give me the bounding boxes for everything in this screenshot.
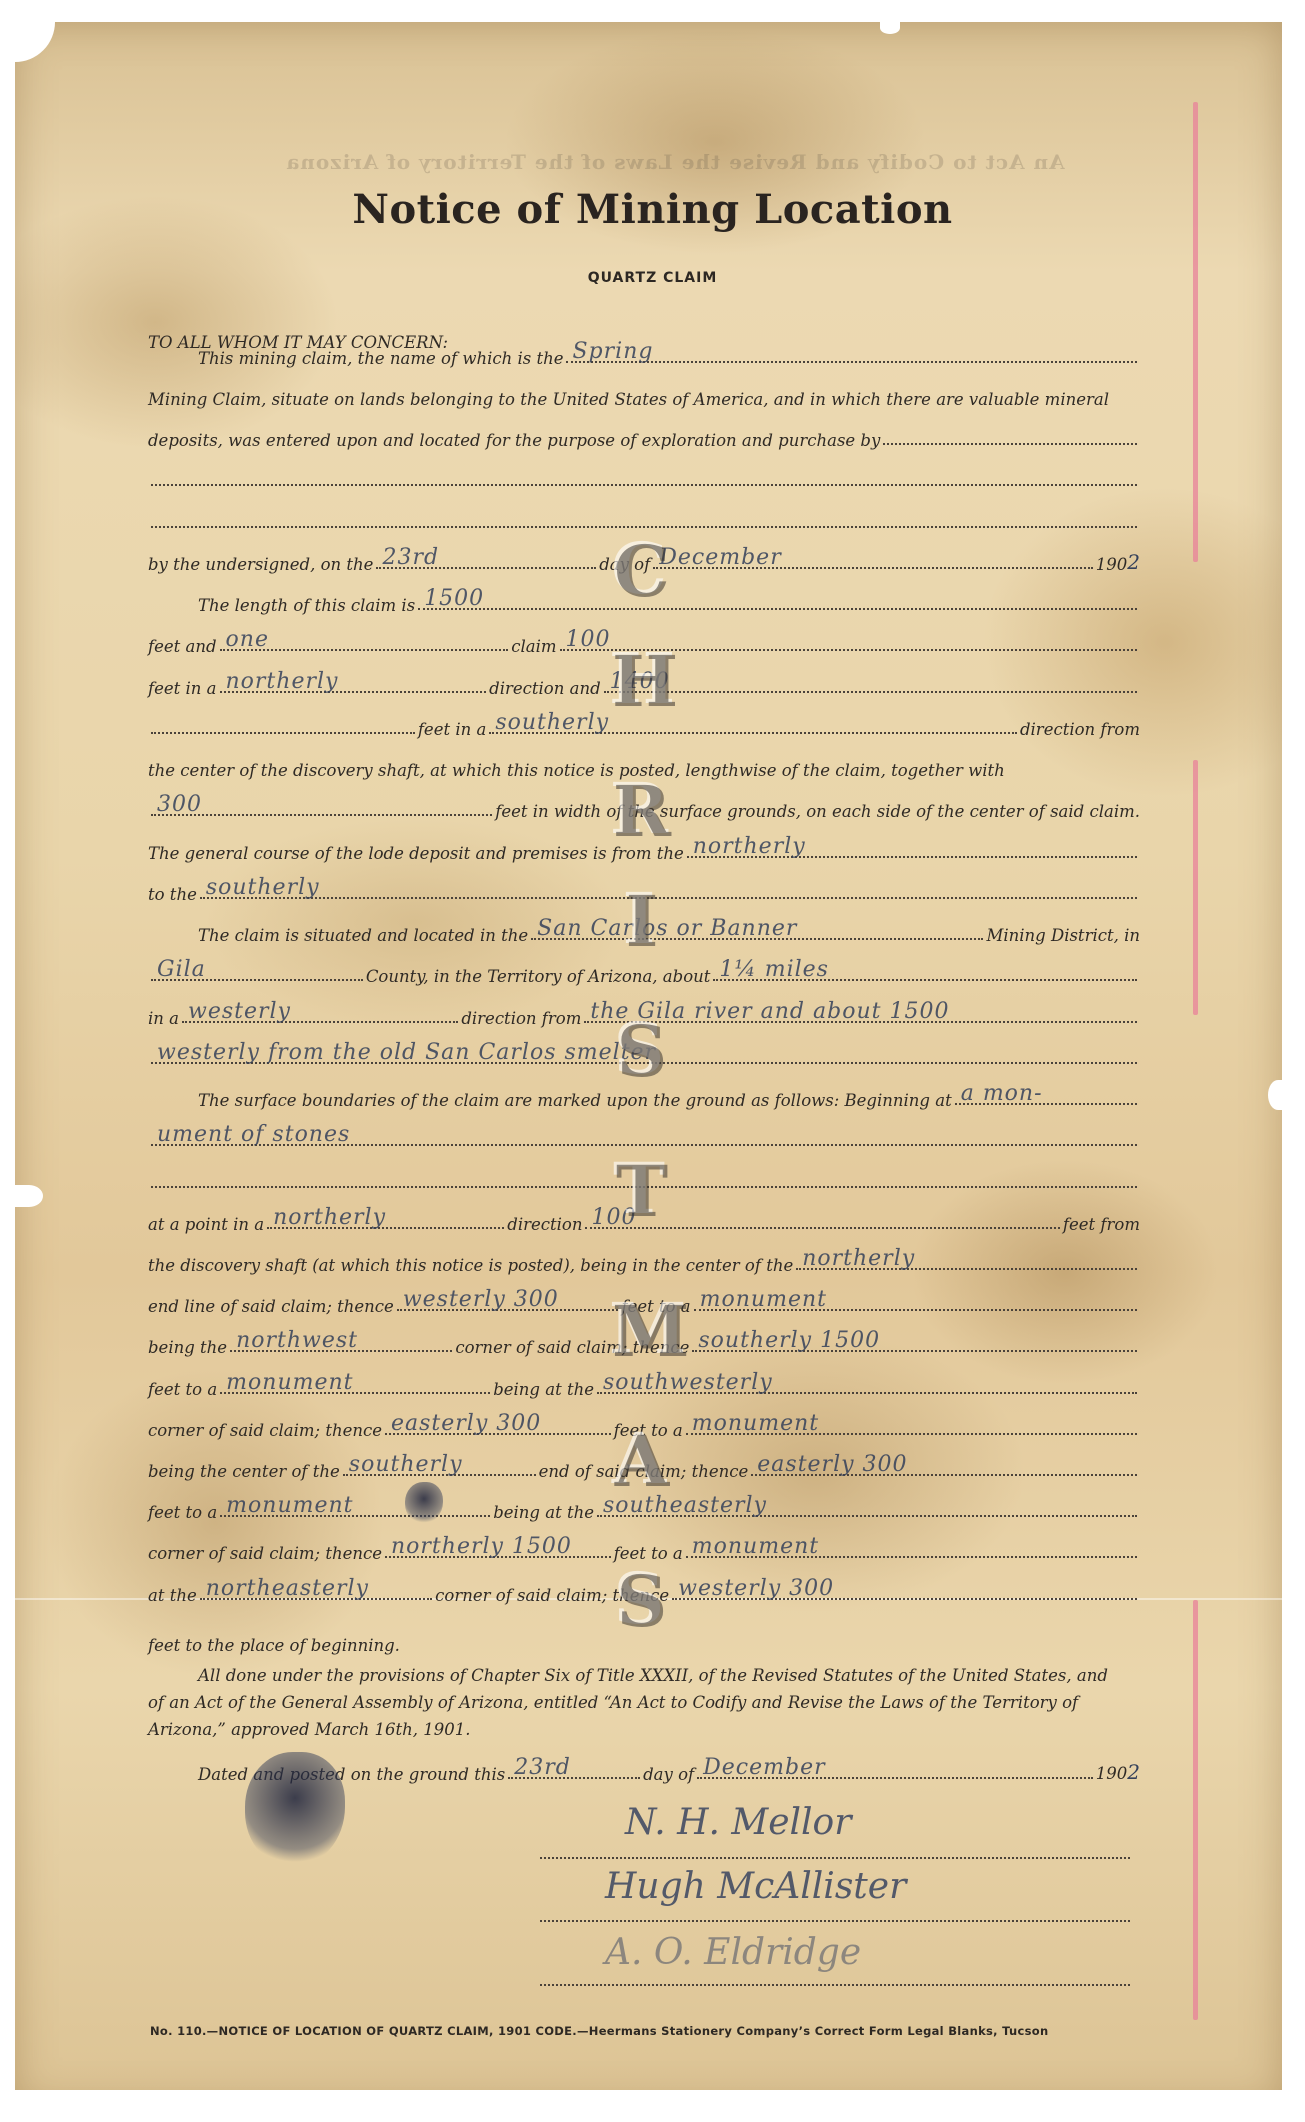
- handwritten-field[interactable]: northwest: [230, 1350, 452, 1352]
- handwritten-field[interactable]: northerly: [267, 1227, 504, 1229]
- margin-line: [1193, 760, 1198, 1015]
- printed-text: feet to a: [148, 1380, 217, 1399]
- handwritten-field[interactable]: one: [220, 649, 509, 651]
- watermark-letter: C: [612, 530, 672, 613]
- torn-edge: [880, 22, 900, 34]
- handwritten-field[interactable]: southeasterly: [597, 1515, 1137, 1517]
- printed-text: This mining claim, the name of which is …: [198, 349, 563, 368]
- printed-text: the discovery shaft (at which this notic…: [148, 1256, 793, 1275]
- handwritten-field[interactable]: easterly 300: [385, 1433, 611, 1435]
- handwritten-field[interactable]: southerly 1500: [692, 1350, 1137, 1352]
- handwritten-field[interactable]: [151, 484, 1137, 486]
- handwritten-field[interactable]: westerly 300: [672, 1598, 1137, 1600]
- dated-month-field[interactable]: December: [697, 1777, 1093, 1779]
- signature-3: A. O. Eldridge: [605, 1932, 861, 1973]
- torn-edge: [1268, 1080, 1288, 1110]
- printed-text: direction and: [489, 679, 600, 698]
- printed-text: direction: [507, 1215, 582, 1234]
- handwritten-field[interactable]: monument: [686, 1556, 1137, 1558]
- handwritten-field[interactable]: easterly 300: [751, 1474, 1137, 1476]
- signature-1: N. H. Mellor: [625, 1802, 851, 1843]
- printed-text: in a: [148, 1009, 179, 1028]
- printed-text: being the center of the: [148, 1462, 340, 1481]
- torn-bottom: [15, 2090, 1282, 2110]
- handwritten-field[interactable]: northerly: [796, 1268, 1137, 1270]
- form-line: the discovery shaft (at which this notic…: [148, 1247, 1140, 1275]
- margin-line: [1193, 102, 1198, 562]
- printed-text: feet from: [1063, 1215, 1140, 1234]
- handwritten-field[interactable]: southwesterly: [597, 1392, 1137, 1394]
- dated-day-field[interactable]: 23rd: [508, 1777, 640, 1779]
- watermark-letter: R: [612, 770, 672, 853]
- printed-text: at the: [148, 1586, 197, 1605]
- handwritten-field[interactable]: December: [653, 567, 1093, 569]
- form-line: deposits, was entered upon and located f…: [148, 422, 1140, 450]
- handwritten-field[interactable]: monument: [220, 1515, 490, 1517]
- printed-text: The length of this claim is: [198, 596, 415, 615]
- printed-text: to the: [148, 885, 197, 904]
- handwritten-field[interactable]: 23rd: [376, 567, 596, 569]
- printed-text: direction from: [1020, 720, 1140, 739]
- handwritten-field[interactable]: northerly 1500: [385, 1556, 611, 1558]
- printed-text: feet and: [148, 637, 217, 656]
- handwritten-field[interactable]: northerly: [220, 691, 487, 693]
- printed-text: corner of said claim; thence: [148, 1421, 382, 1440]
- form-line: This mining claim, the name of which is …: [148, 340, 1140, 368]
- handwritten-field[interactable]: westerly 300: [397, 1309, 619, 1311]
- watermark-letter: S: [612, 1560, 672, 1643]
- bleed-through-text: An Act to Codify and Revise the Laws of …: [250, 150, 1100, 174]
- printed-text: claim: [511, 637, 556, 656]
- handwritten-field[interactable]: [883, 443, 1137, 445]
- watermark-letter: A: [612, 1420, 672, 1503]
- watermark-letter: M: [612, 1290, 672, 1373]
- handwritten-field[interactable]: southerly: [343, 1474, 536, 1476]
- printed-text: direction from: [461, 1009, 581, 1028]
- printed-text: deposits, was entered upon and located f…: [148, 431, 880, 450]
- torn-edge: [15, 1185, 43, 1207]
- handwritten-field[interactable]: Spring: [566, 361, 1137, 363]
- page-title: Notice of Mining Location: [0, 186, 1305, 233]
- handwritten-field[interactable]: westerly: [182, 1021, 458, 1023]
- handwritten-field[interactable]: a mon-: [955, 1103, 1137, 1105]
- printed-text: being at the: [493, 1380, 594, 1399]
- handwritten-field[interactable]: northerly: [687, 856, 1137, 858]
- printed-text: feet in a: [418, 720, 487, 739]
- form-line: [148, 463, 1140, 491]
- signature-line-2[interactable]: [540, 1920, 1130, 1922]
- handwritten-field[interactable]: 1¼ miles: [713, 979, 1137, 981]
- printed-text: 190: [1096, 555, 1128, 574]
- handwritten-field[interactable]: northeasterly: [200, 1598, 432, 1600]
- printed-text: end line of said claim; thence: [148, 1297, 394, 1316]
- provisions-paragraph: All done under the provisions of Chapter…: [148, 1662, 1140, 1743]
- form-footer: No. 110.—NOTICE OF LOCATION OF QUARTZ CL…: [150, 2024, 1048, 2038]
- handwritten-field[interactable]: ument of stones: [151, 1144, 1137, 1146]
- printed-text: Mining District, in: [986, 926, 1140, 945]
- handwritten-field[interactable]: 1400: [604, 691, 1137, 693]
- printed-text: being the: [148, 1338, 227, 1357]
- signature-2: Hugh McAllister: [605, 1866, 906, 1907]
- handwritten-field[interactable]: 300: [151, 814, 492, 816]
- printed-text: Mining Claim, situate on lands belonging…: [148, 390, 1109, 409]
- margin-line: [1193, 1600, 1198, 2020]
- watermark-letter: T: [612, 1150, 672, 1233]
- printed-text: at a point in a: [148, 1215, 264, 1234]
- watermark-letter: I: [612, 880, 672, 963]
- handwritten-field[interactable]: monument: [686, 1433, 1137, 1435]
- handwritten-field[interactable]: monument: [694, 1309, 1137, 1311]
- handwritten-field[interactable]: southerly: [489, 732, 1017, 734]
- printed-text: The surface boundaries of the claim are …: [198, 1091, 952, 1110]
- printed-text: The general course of the lode deposit a…: [148, 844, 684, 863]
- handwritten-field[interactable]: [151, 732, 415, 734]
- signature-line-3[interactable]: [540, 1984, 1130, 1986]
- handwritten-field[interactable]: San Carlos or Banner: [531, 938, 983, 940]
- handwritten-field[interactable]: 1500: [418, 608, 1137, 610]
- printed-text: being at the: [493, 1503, 594, 1522]
- watermark-letter: S: [612, 1010, 672, 1093]
- form-line: ument of stones: [148, 1123, 1140, 1151]
- printed-text: feet in a: [148, 679, 217, 698]
- printed-text: The claim is situated and located in the: [198, 926, 528, 945]
- printed-text: corner of said claim; thence: [148, 1544, 382, 1563]
- form-line: [148, 505, 1140, 533]
- printed-text: by the undersigned, on the: [148, 555, 373, 574]
- page-subtitle: QUARTZ CLAIM: [0, 270, 1305, 286]
- printed-text: County, in the Territory of Arizona, abo…: [366, 967, 711, 986]
- printed-text: feet in width of the surface grounds, on…: [495, 802, 1140, 821]
- signature-line-1[interactable]: [540, 1857, 1130, 1859]
- handwritten-field[interactable]: monument: [220, 1392, 490, 1394]
- watermark-letter: H: [612, 640, 672, 723]
- form-line: corner of said claim; thencenortherly 15…: [148, 1535, 1140, 1563]
- handwritten-year: 2: [1127, 550, 1140, 574]
- handwritten-field[interactable]: [151, 526, 1137, 528]
- form-line: Mining Claim, situate on lands belonging…: [148, 381, 1140, 409]
- form-line: feet to amonumentbeing at thesouthwester…: [148, 1371, 1140, 1399]
- printed-text: the center of the discovery shaft, at wh…: [148, 761, 1005, 780]
- printed-text: feet to a: [148, 1503, 217, 1522]
- handwritten-field[interactable]: Gila: [151, 979, 363, 981]
